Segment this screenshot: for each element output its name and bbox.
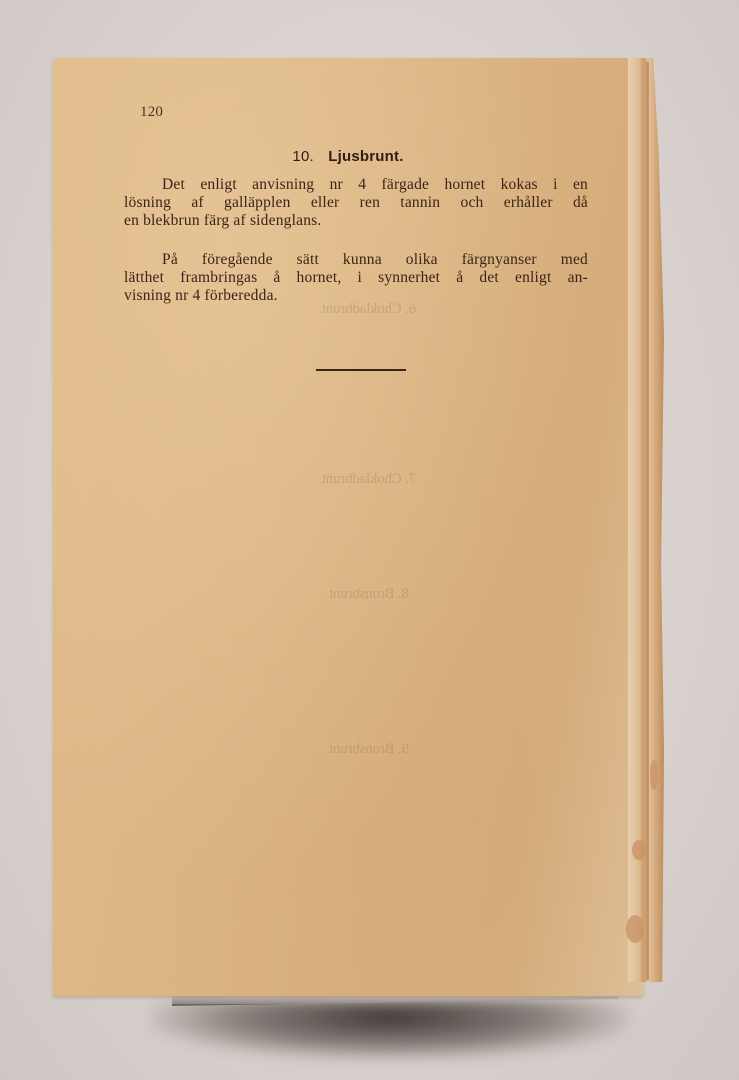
paragraph-2: På föregående sätt kunna olika färgnyans… xyxy=(124,251,588,305)
paragraph-line: Det enligt anvisning nr 4 färgade hornet… xyxy=(124,176,588,194)
paragraph-line: På föregående sätt kunna olika färgnyans… xyxy=(124,251,588,269)
show-through-text: 9. Bronsbrunt xyxy=(124,740,614,759)
section-title: Ljusbrunt. xyxy=(328,148,403,165)
section-number: 10. xyxy=(292,148,313,165)
show-through-text: 8. Bronsbrunt xyxy=(124,585,614,604)
paragraph-line: lösning af galläpplen eller ren tannin o… xyxy=(124,194,588,212)
stand-shadow xyxy=(150,1000,630,1060)
section-divider xyxy=(316,369,406,371)
paragraph-line: en blekbrun färg af sidenglans. xyxy=(124,212,588,230)
paragraph-1: Det enligt anvisning nr 4 färgade hornet… xyxy=(124,176,588,230)
paragraph-line: visning nr 4 förberedda. xyxy=(124,287,588,305)
page-damage xyxy=(626,915,644,943)
page-number: 120 xyxy=(140,103,163,121)
paragraph-line: lätthet frambringas å hornet, i synnerhe… xyxy=(124,269,588,287)
show-through-text: 7. Chokladbrunt xyxy=(124,470,614,489)
page-damage xyxy=(650,760,658,790)
section-heading: 10. Ljusbrunt. xyxy=(53,148,643,166)
spine-binding-thread xyxy=(646,62,649,980)
page-damage xyxy=(632,840,646,860)
